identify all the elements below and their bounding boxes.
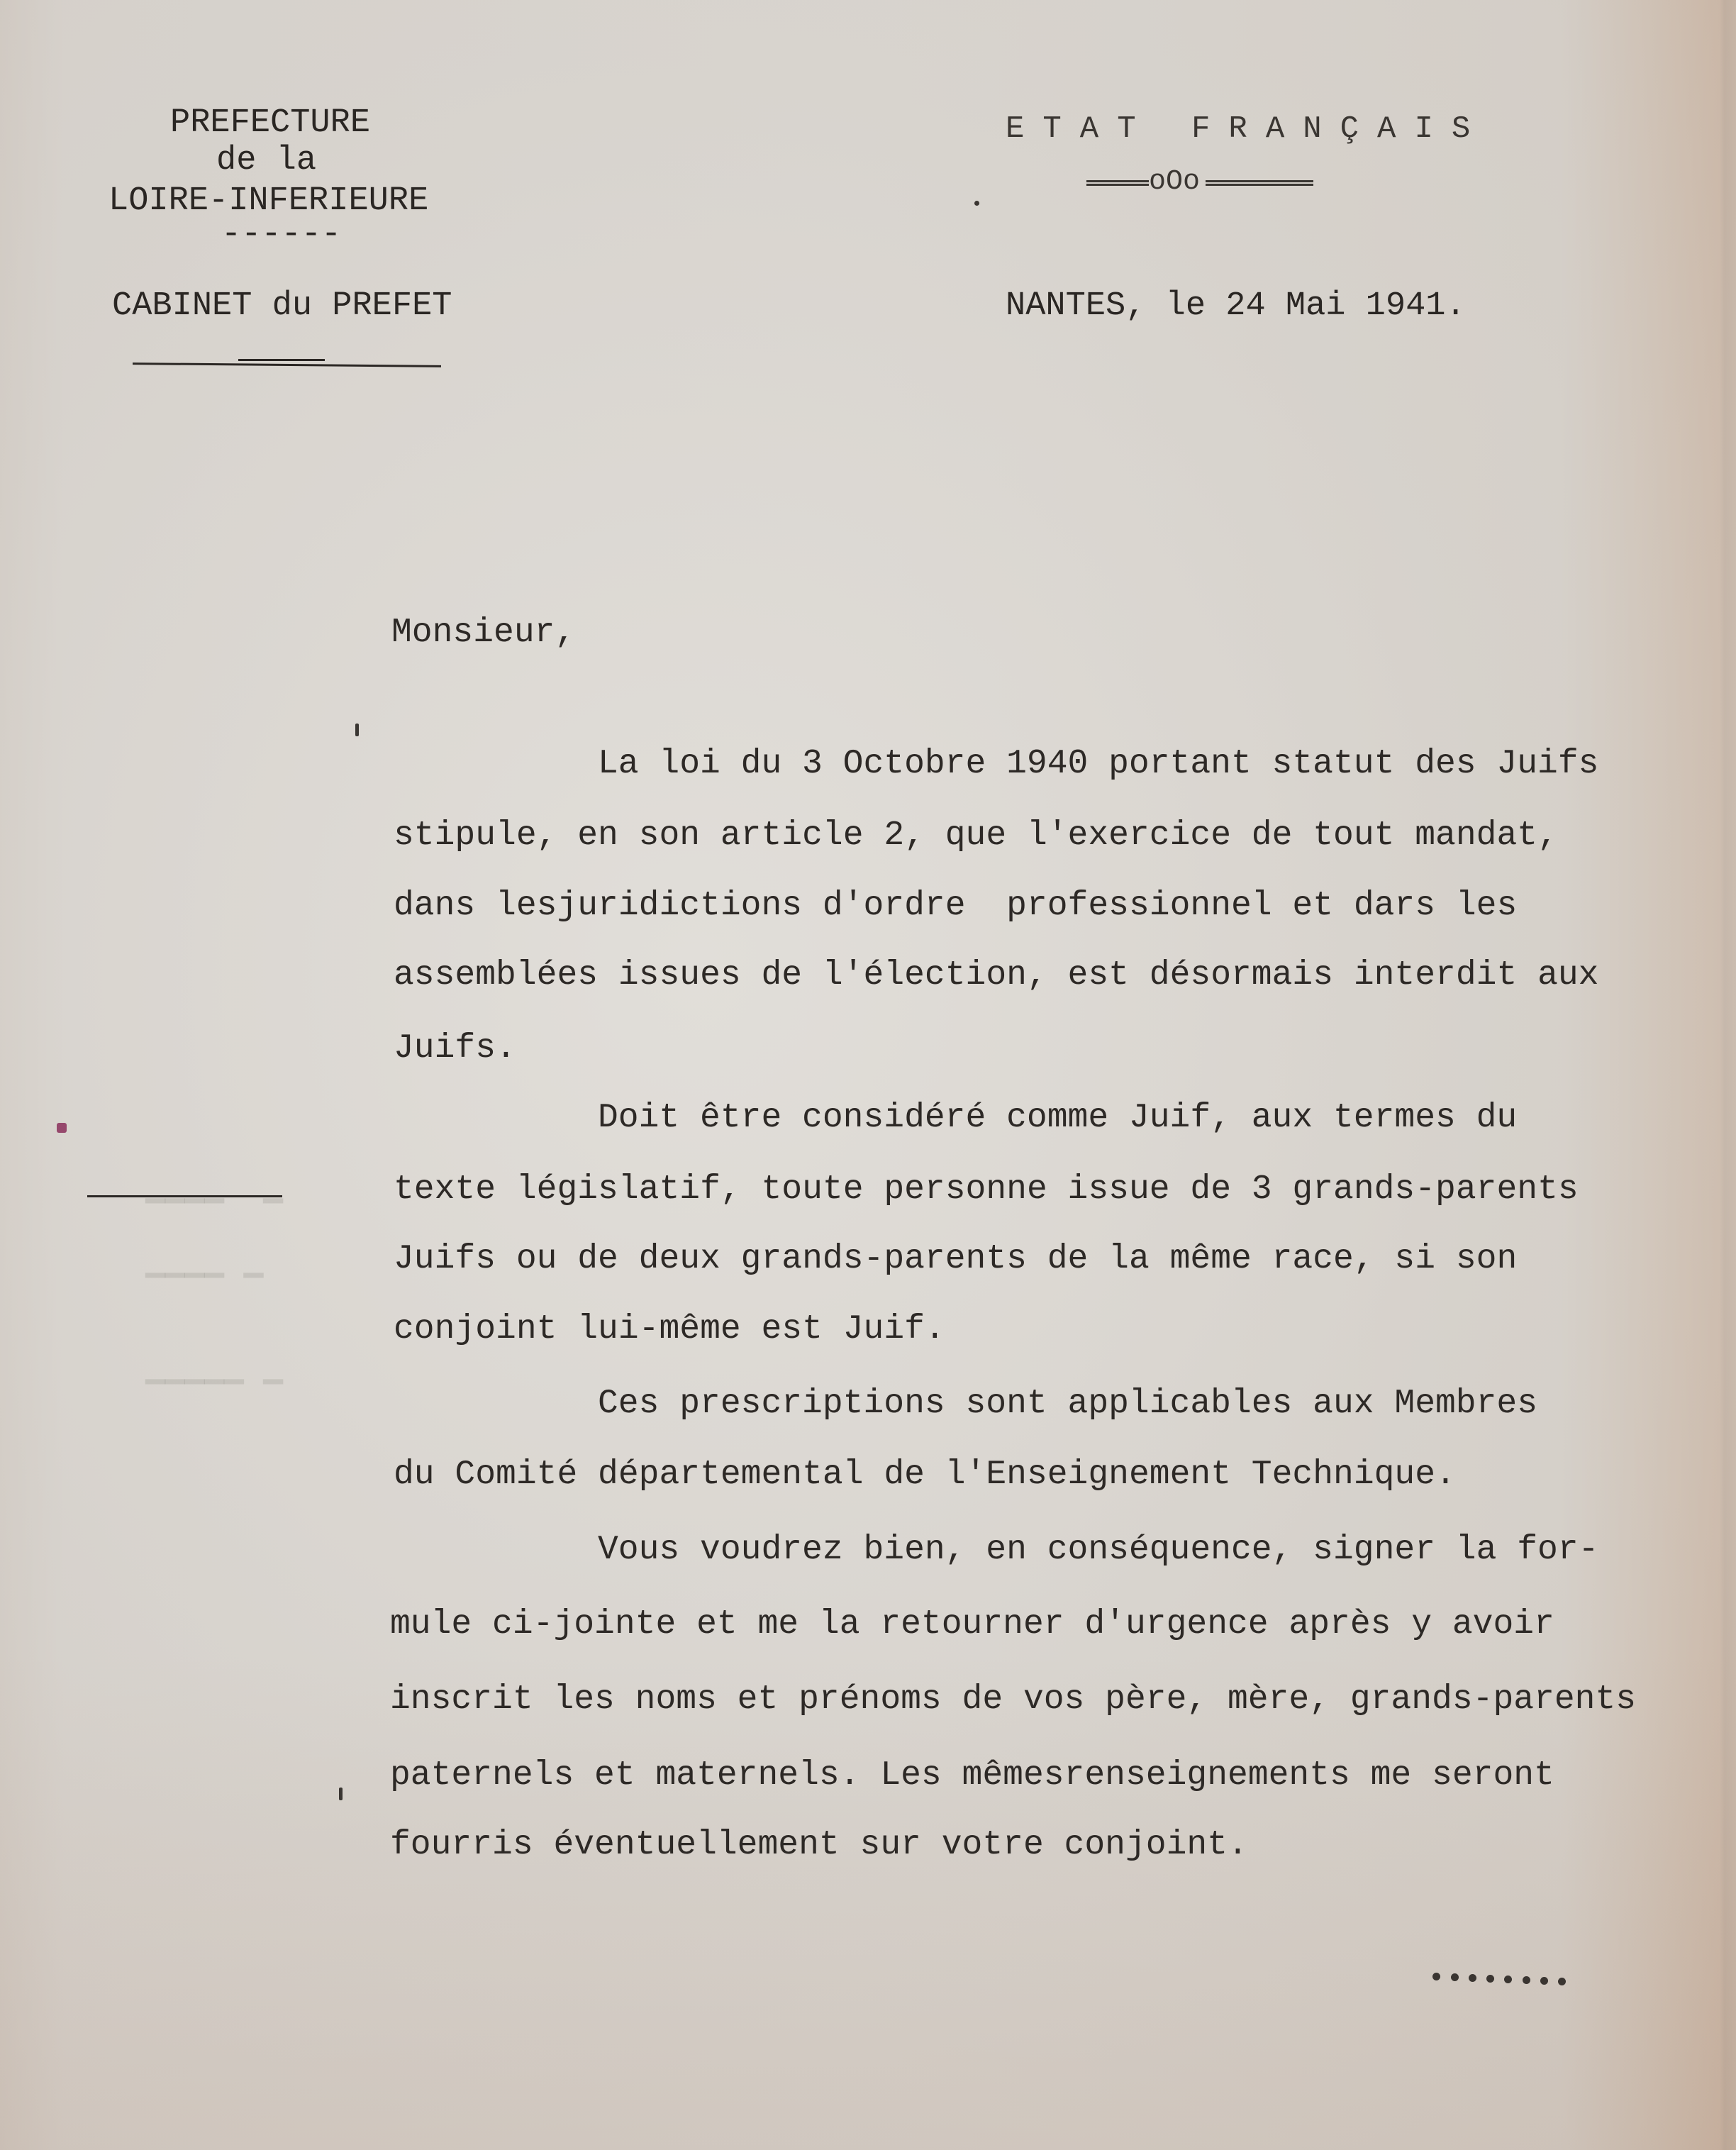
margin-rule [87, 1195, 282, 1197]
body-line: du Comité départemental de l'Enseignemen… [394, 1458, 1456, 1492]
paper-shading [0, 1653, 1736, 2150]
continuation-dot [1469, 1974, 1476, 1982]
ornament-rule-left [1086, 180, 1149, 186]
body-line: dans lesjuridictions d'ordre professionn… [394, 889, 1517, 923]
continuation-dot [1504, 1976, 1512, 1983]
margin-mark [339, 1788, 343, 1800]
continuation-dot [1558, 1978, 1566, 1985]
body-line: inscrit les noms et prénoms de vos père,… [390, 1683, 1636, 1717]
body-line: conjoint lui-même est Juif. [394, 1312, 945, 1346]
office-underline-accent [238, 359, 325, 361]
body-line: texte législatif, toute personne issue d… [394, 1173, 1579, 1207]
place-date: NANTES, le 24 Mai 1941. [1006, 289, 1466, 323]
prefecture-label: PREFECTURE [170, 106, 370, 140]
body-line: Ces prescriptions sont applicables aux M… [598, 1387, 1537, 1421]
continuation-dot [1540, 1977, 1548, 1985]
body-line: mule ci-jointe et me la retourner d'urge… [390, 1607, 1554, 1641]
continuation-dot [1486, 1975, 1494, 1983]
continuation-dot [1432, 1973, 1440, 1980]
margin-mark [355, 724, 359, 736]
ink-stamp-mark [57, 1123, 67, 1133]
continuation-dot [1451, 1973, 1459, 1981]
body-line: Juifs ou de deux grands-parents de la mê… [394, 1242, 1517, 1276]
body-line: Juifs. [394, 1031, 516, 1065]
show-through-texture: ▁▁▁▁ ▁ [106, 1170, 283, 1203]
body-line: fourris éventuellement sur votre conjoin… [390, 1828, 1248, 1862]
body-line: La loi du 3 Octobre 1940 portant statut … [598, 747, 1598, 781]
department-label: LOIRE-INFERIEURE [108, 184, 428, 218]
stray-dot [974, 201, 979, 206]
continuation-dot [1523, 1976, 1530, 1984]
ornament-rule-right [1206, 180, 1313, 186]
body-line: assemblées issues de l'élection, est dés… [394, 958, 1598, 992]
ornament-glyph: oOo [1149, 168, 1200, 196]
show-through-texture: ▁▁▁▁ ▁ [106, 1245, 263, 1278]
body-line: stipule, en son article 2, que l'exercic… [394, 819, 1558, 853]
body-line: paternels et maternels. Les mêmesrenseig… [390, 1758, 1554, 1792]
office-label: CABINET du PREFET [112, 289, 452, 323]
salutation: Monsieur, [391, 616, 575, 650]
de-la-label: de la [216, 144, 316, 177]
header-separator: ------ [221, 218, 341, 251]
body-line: Doit être considéré comme Juif, aux term… [598, 1101, 1517, 1135]
body-line: Vous voudrez bien, en conséquence, signe… [598, 1533, 1598, 1567]
state-title: ETAT FRANÇAIS [1006, 113, 1489, 145]
show-through-texture: ▁▁▁▁▁ ▁ [106, 1351, 283, 1384]
